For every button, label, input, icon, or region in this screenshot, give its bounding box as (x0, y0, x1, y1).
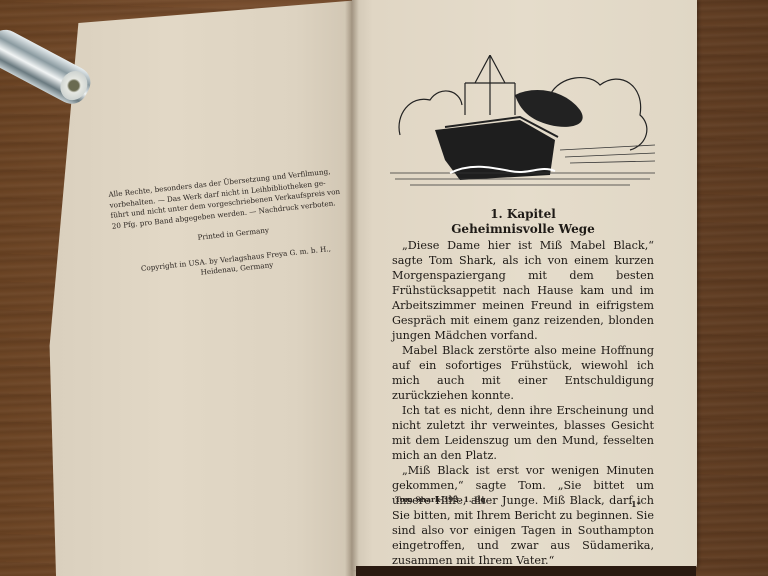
chapter-number: 1. Kapitel (392, 207, 654, 222)
paragraph: „Miß Black ist erst vor wenigen Minuten … (392, 463, 654, 568)
steamship-illustration (390, 55, 655, 190)
sheet-mark: 1* (631, 499, 641, 509)
chapter-text: 1. Kapitel Geheimnisvolle Wege „Diese Da… (392, 207, 654, 568)
paragraph: Mabel Black zerstörte also meine Hoffnun… (392, 343, 654, 403)
book-gutter (345, 0, 359, 576)
paragraph: „Diese Dame hier ist Miß Mabel Black,“ s… (392, 238, 654, 343)
paragraph: Ich tat es nicht, denn ihre Erscheinung … (392, 403, 654, 463)
signature-mark: Tom Shark 392. 1. Bg. (395, 495, 488, 504)
page-bottom-shadow (356, 566, 696, 576)
chapter-title: Geheimnisvolle Wege (392, 222, 654, 237)
